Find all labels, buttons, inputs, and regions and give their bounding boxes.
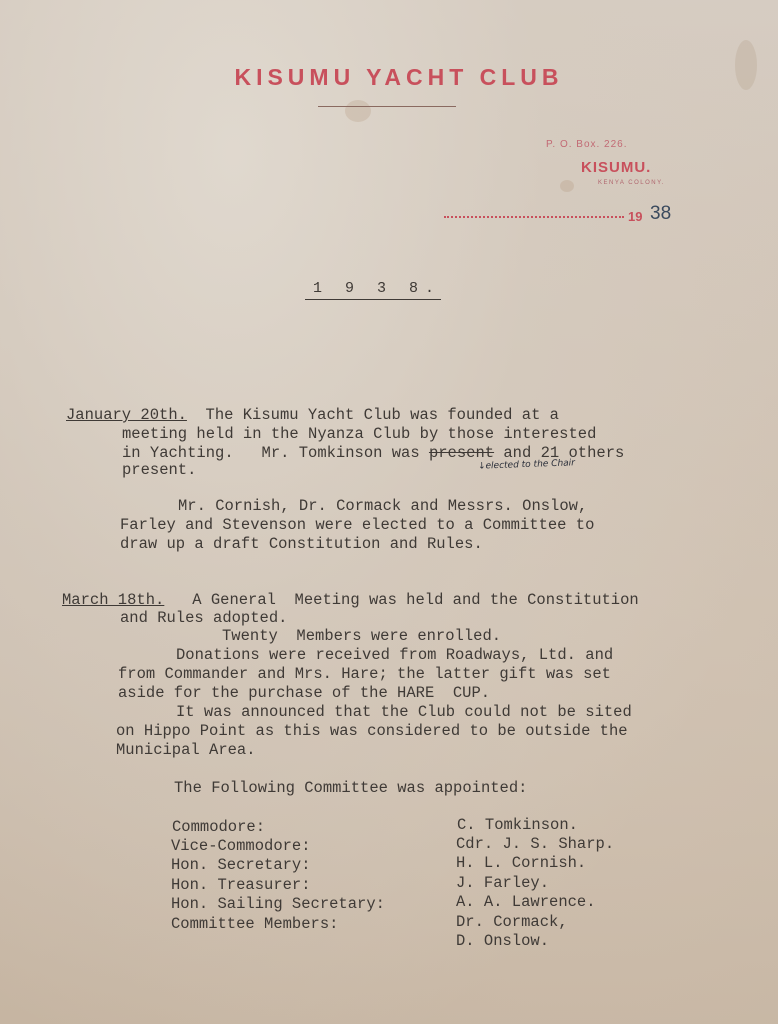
entry-date: March 18th. bbox=[62, 591, 164, 609]
letterhead-club-name: KISUMU YACHT CLUB bbox=[0, 64, 778, 91]
committee-role: Hon. Treasurer: bbox=[171, 876, 311, 894]
committee-heading: The Following Committee was appointed: bbox=[174, 779, 527, 798]
entry-text-line: Twenty Members were enrolled. bbox=[222, 627, 501, 646]
entry-january: January 20th. The Kisumu Yacht Club was … bbox=[66, 406, 559, 425]
paper-stain bbox=[345, 100, 371, 122]
po-box: P. O. Box. 226. bbox=[546, 139, 628, 150]
date-year-handwritten: 38 bbox=[650, 203, 671, 225]
letterhead-rule bbox=[318, 106, 456, 107]
entry-march: March 18th. A General Meeting was held a… bbox=[62, 591, 639, 610]
committee-name: Cdr. J. S. Sharp. bbox=[456, 835, 614, 853]
entry-text-line: The Kisumu Yacht Club was founded at a bbox=[206, 406, 559, 424]
letter-page: KISUMU YACHT CLUB P. O. Box. 226. KISUMU… bbox=[0, 0, 778, 1024]
date-dotted-line bbox=[444, 216, 624, 218]
entry-text-line: from Commander and Mrs. Hare; the latter… bbox=[118, 665, 611, 684]
entry-text-fragment: in Yachting. Mr. Tomkinson was bbox=[122, 444, 429, 462]
entry-text-line: Municipal Area. bbox=[116, 741, 256, 760]
entry-text-line: on Hippo Point as this was considered to… bbox=[116, 722, 628, 741]
committee-name: J. Farley. bbox=[456, 874, 549, 892]
committee-role: Committee Members: bbox=[171, 915, 338, 933]
entry-text-line: Farley and Stevenson were elected to a C… bbox=[120, 516, 594, 535]
letterhead-city: KISUMU. bbox=[581, 159, 651, 176]
entry-text-line: A General Meeting was held and the Const… bbox=[192, 591, 638, 609]
committee-name: D. Onslow. bbox=[456, 932, 549, 950]
letterhead-colony: KENYA COLONY. bbox=[598, 180, 665, 186]
committee-role: Commodore: bbox=[172, 818, 265, 836]
year-heading: 1 9 3 8. bbox=[305, 280, 441, 300]
committee-name: H. L. Cornish. bbox=[456, 854, 586, 872]
struck-word: present bbox=[429, 444, 494, 462]
entry-text-line: It was announced that the Club could not… bbox=[176, 703, 632, 722]
committee-role: Vice-Commodore: bbox=[171, 837, 311, 855]
committee-name: C. Tomkinson. bbox=[457, 816, 578, 834]
entry-text-line: Mr. Cornish, Dr. Cormack and Messrs. Ons… bbox=[178, 497, 587, 516]
date-year-prefix: 19 bbox=[628, 209, 642, 224]
paper-stain bbox=[560, 180, 574, 192]
committee-role: Hon. Secretary: bbox=[171, 856, 311, 874]
entry-text-line: meeting held in the Nyanza Club by those… bbox=[122, 425, 596, 444]
committee-role: Hon. Sailing Secretary: bbox=[171, 895, 385, 913]
entry-text-line: and Rules adopted. bbox=[120, 609, 287, 628]
handwritten-correction: ↓elected to the Chair bbox=[478, 458, 575, 471]
committee-name: A. A. Lawrence. bbox=[456, 893, 596, 911]
entry-text-line: Donations were received from Roadways, L… bbox=[176, 646, 613, 665]
entry-text-line: aside for the purchase of the HARE CUP. bbox=[118, 684, 490, 703]
entry-date: January 20th. bbox=[66, 406, 187, 424]
committee-name: Dr. Cormack, bbox=[456, 913, 568, 931]
entry-text-line: present. bbox=[122, 461, 196, 480]
entry-text-line: draw up a draft Constitution and Rules. bbox=[120, 535, 483, 554]
